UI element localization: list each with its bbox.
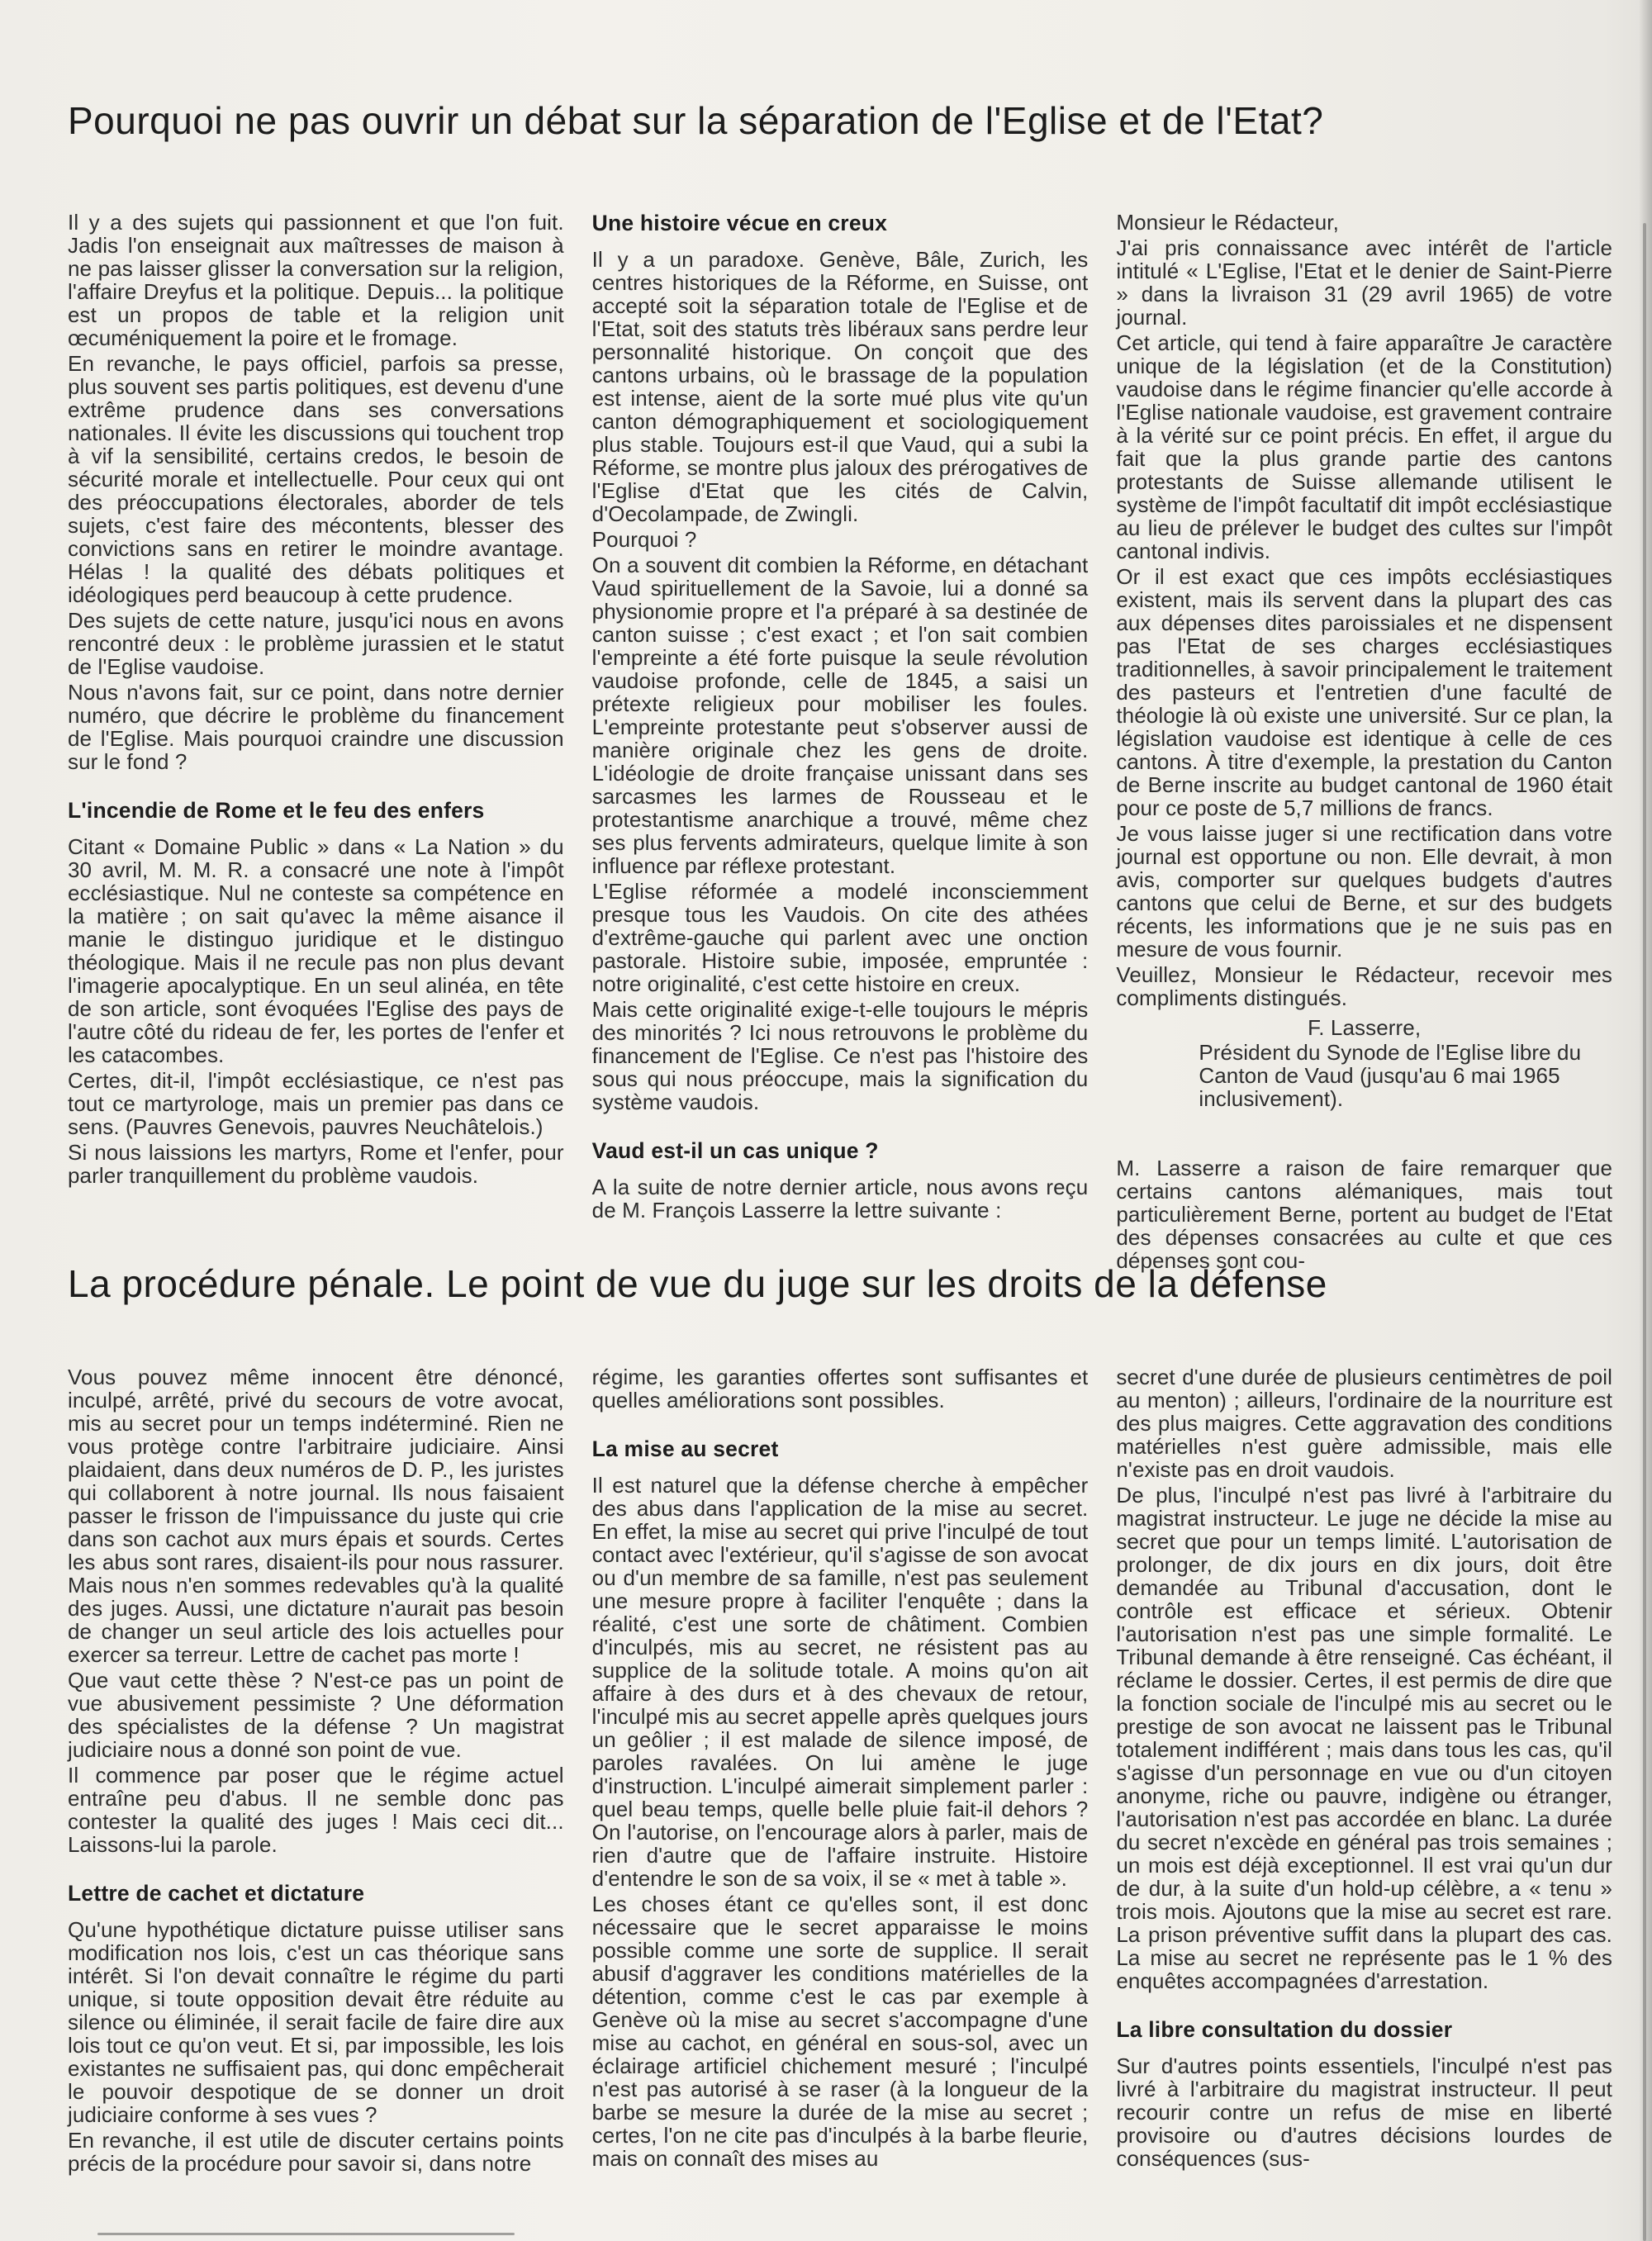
letter-closing: Veuillez, Monsieur le Rédacteur, recevoi…: [1116, 963, 1612, 1009]
paragraph: Que vaut cette thèse ? N'est-ce pas un p…: [68, 1669, 564, 1761]
paragraph: Sur d'autres points essentiels, l'inculp…: [1116, 2054, 1612, 2170]
article1-column-1: Il y a des sujets qui passionnent et que…: [68, 211, 564, 1275]
article1-column-2: Une histoire vécue en creux Il y a un pa…: [592, 211, 1089, 1275]
paragraph: Pourquoi ?: [592, 528, 1089, 551]
paragraph: A la suite de notre dernier article, nou…: [592, 1175, 1089, 1222]
paragraph: Il est naturel que la défense cherche à …: [592, 1474, 1089, 1890]
paragraph: Il y a des sujets qui passionnent et que…: [68, 211, 564, 349]
paragraph: Il y a un paradoxe. Genève, Bâle, Zurich…: [592, 248, 1089, 525]
subheading-libre-consultation-dossier: La libre consultation du dossier: [1116, 2017, 1612, 2042]
paragraph: Vous pouvez même innocent être dénoncé, …: [68, 1365, 564, 1666]
article2-column-1: Vous pouvez même innocent être dénoncé, …: [68, 1365, 564, 2177]
paragraph: Mais cette originalité exige-t-elle touj…: [592, 998, 1089, 1113]
scan-bottom-streak: [97, 2233, 515, 2235]
subheading-vaud-cas-unique: Vaud est-il un cas unique ?: [592, 1138, 1089, 1163]
article2-column-2: régime, les garanties offertes sont suff…: [592, 1365, 1089, 2177]
article2-columns: Vous pouvez même innocent être dénoncé, …: [68, 1365, 1612, 2177]
paragraph: Il commence par poser que le régime actu…: [68, 1764, 564, 1856]
article1-columns: Il y a des sujets qui passionnent et que…: [68, 211, 1612, 1275]
article1-column-3: Monsieur le Rédacteur, J'ai pris connais…: [1116, 211, 1612, 1275]
signature-title: Président du Synode de l'Eglise libre du…: [1116, 1041, 1612, 1110]
paragraph: En revanche, il est utile de discuter ce…: [68, 2129, 564, 2175]
paragraph: En revanche, le pays officiel, parfois s…: [68, 352, 564, 606]
paragraph: Je vous laisse juger si une rectificatio…: [1116, 822, 1612, 961]
paragraph: J'ai pris connaissance avec intérêt de l…: [1116, 236, 1612, 329]
article-procedure-penale: La procédure pénale. Le point de vue du …: [68, 1262, 1612, 2177]
article2-headline: La procédure pénale. Le point de vue du …: [68, 1262, 1612, 1306]
paragraph: On a souvent dit combien la Réforme, en …: [592, 553, 1089, 877]
paragraph: Les choses étant ce qu'elles sont, il es…: [592, 1892, 1089, 2170]
paragraph: Or il est exact que ces impôts ecclésias…: [1116, 565, 1612, 819]
paragraph: Certes, dit-il, l'impôt ecclésiastique, …: [68, 1069, 564, 1138]
paragraph: Citant « Domaine Public » dans « La Nati…: [68, 835, 564, 1066]
newspaper-page: Pourquoi ne pas ouvrir un débat sur la s…: [0, 0, 1652, 2241]
paragraph: régime, les garanties offertes sont suff…: [592, 1365, 1089, 1412]
paragraph: Des sujets de cette nature, jusqu'ici no…: [68, 609, 564, 678]
paragraph: Cet article, qui tend à faire apparaître…: [1116, 331, 1612, 563]
paragraph: Si nous laissions les martyrs, Rome et l…: [68, 1141, 564, 1187]
signature-name: F. Lasserre,: [1116, 1016, 1612, 1039]
paragraph: secret d'une durée de plusieurs centimèt…: [1116, 1365, 1612, 1481]
subheading-lettre-de-cachet: Lettre de cachet et dictature: [68, 1881, 564, 1906]
paragraph: Qu'une hypothétique dictature puisse uti…: [68, 1918, 564, 2126]
subheading-incendie-de-rome: L'incendie de Rome et le feu des enfers: [68, 798, 564, 823]
subheading-histoire-vecue-en-creux: Une histoire vécue en creux: [592, 211, 1089, 235]
letter-salutation: Monsieur le Rédacteur,: [1116, 211, 1612, 234]
paragraph: Nous n'avons fait, sur ce point, dans no…: [68, 681, 564, 773]
article1-headline: Pourquoi ne pas ouvrir un débat sur la s…: [68, 99, 1612, 143]
paragraph: L'Eglise réformée a modelé inconsciemmen…: [592, 880, 1089, 995]
article-church-state-separation: Pourquoi ne pas ouvrir un débat sur la s…: [68, 99, 1612, 1275]
editor-reply-paragraph: M. Lasserre a raison de faire remarquer …: [1116, 1156, 1612, 1272]
article2-column-3: secret d'une durée de plusieurs centimèt…: [1116, 1365, 1612, 2177]
paragraph: De plus, l'inculpé n'est pas livré à l'a…: [1116, 1484, 1612, 1992]
scan-edge-line: [1643, 223, 1646, 2241]
subheading-mise-au-secret: La mise au secret: [592, 1436, 1089, 1461]
